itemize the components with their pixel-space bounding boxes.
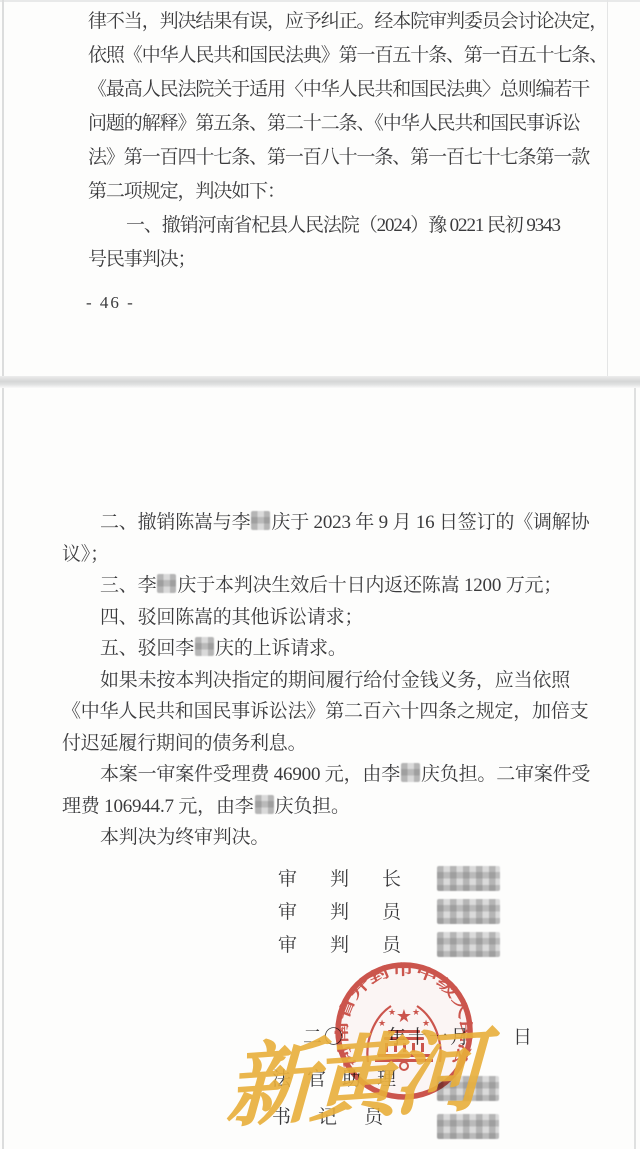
- redacted-name: [437, 932, 500, 957]
- big-star-icon: ★: [396, 1006, 412, 1026]
- gate-column: [412, 1043, 415, 1052]
- text-segment: 庆负担。: [275, 796, 350, 817]
- body-line: 三、李庆于本判决生效后十日内返还陈嵩 1200 万元；: [62, 570, 612, 602]
- page-break-gap: [0, 376, 640, 388]
- body-line: 如果未按本判决指定的期间履行给付金钱义务，应当依照: [62, 665, 612, 697]
- redacted-name: [437, 866, 500, 891]
- page-number: - 46 -: [86, 293, 135, 313]
- signature-role-label: 审判员: [278, 935, 434, 956]
- text-segment: 付迟延履行期间的债务利息。: [62, 733, 306, 754]
- text-segment: 庆于本判决生效后十日内返还陈嵩 1200 万元；: [177, 575, 562, 596]
- text-segment: 本案一审案件受理费 46900 元，由李: [100, 764, 400, 785]
- redacted-character: [255, 795, 274, 814]
- text-segment: 一、撤销河南省杞县人民法院（2024）豫 0221 民初 9343: [126, 215, 560, 236]
- text-segment: 《中华人民共和国民事诉讼法》第二百六十四条之规定，加倍支: [62, 701, 588, 722]
- page-right-edge: [634, 388, 636, 1149]
- redacted-character: [251, 511, 270, 530]
- signature-row: 审判员: [278, 897, 434, 930]
- redacted-character: [401, 763, 420, 782]
- signature-role-label: 审判员: [278, 902, 434, 923]
- body-line: 本案一审案件受理费 46900 元，由李庆负担。二审案件受: [62, 759, 612, 791]
- text-segment: 《最高人民法院关于适用〈中华人民共和国民法典〉总则编若干: [88, 79, 589, 100]
- small-star-icon: ★: [422, 1018, 430, 1028]
- redacted-character: [157, 574, 176, 593]
- body-line: 五、驳回李庆的上诉请求。: [62, 633, 612, 665]
- body-line: 《最高人民法院关于适用〈中华人民共和国民法典〉总则编若干: [88, 73, 612, 107]
- text-segment: 第二项规定，判决如下：: [88, 181, 285, 202]
- court-seal: 河南省开封市中级人民法院 ★ ★ ★ ★ ★: [331, 958, 477, 1104]
- body-line: 二、撤销陈嵩与李庆于 2023 年 9 月 16 日签订的《调解协: [62, 507, 612, 539]
- text-segment: 律不当，判决结果有误，应予纠正。经本院审判委员会讨论决定，: [88, 11, 607, 32]
- text-segment: 依照《中华人民共和国民法典》第一百五十条、第一百五十七条、: [88, 45, 607, 66]
- text-segment: 三、李: [100, 575, 156, 596]
- redacted-name: [437, 899, 500, 924]
- gate-column: [394, 1043, 397, 1052]
- text-segment: 本判决为终审判决。: [100, 827, 269, 848]
- page-2: 二、撤销陈嵩与李庆于 2023 年 9 月 16 日签订的《调解协议》；三、李庆…: [0, 388, 640, 1149]
- text-segment: 庆于 2023 年 9 月 16 日签订的《调解协: [271, 512, 589, 533]
- text-segment: 二、撤销陈嵩与李: [100, 512, 250, 533]
- text-segment: 法》第一百四十七条、第一百八十一条、第一百七十七条第一款: [88, 147, 589, 168]
- gate-column: [385, 1043, 388, 1052]
- text-segment: 庆的上诉请求。: [215, 638, 347, 659]
- text-segment: 庆负担。二审案件受: [421, 764, 590, 785]
- page2-body-text: 二、撤销陈嵩与李庆于 2023 年 9 月 16 日签订的《调解协议》；三、李庆…: [62, 507, 612, 854]
- body-line: 一、撤销河南省杞县人民法院（2024）豫 0221 民初 9343: [88, 209, 612, 243]
- body-line: 律不当，判决结果有误，应予纠正。经本院审判委员会讨论决定，: [88, 5, 612, 39]
- judgment-photo: 律不当，判决结果有误，应予纠正。经本院审判委员会讨论决定，依照《中华人民共和国民…: [0, 0, 640, 1149]
- body-line: 法》第一百四十七条、第一百八十一条、第一百七十七条第一款: [88, 141, 612, 175]
- text-segment: 理费 106944.7 元，由李: [62, 796, 254, 817]
- body-line: 依照《中华人民共和国民法典》第一百五十条、第一百五十七条、: [88, 39, 612, 73]
- body-line: 四、驳回陈嵩的其他诉讼请求；: [62, 602, 612, 634]
- gate-base: [378, 1054, 430, 1057]
- signature-row: 审判长: [278, 864, 434, 897]
- redacted-name: [437, 1114, 499, 1139]
- text-segment: 问题的解释》第五条、第二十二条、《中华人民共和国民事诉讼: [88, 113, 580, 134]
- body-line: 议》；: [62, 539, 612, 571]
- clerk-row: 书记员: [272, 1102, 412, 1140]
- text-segment: 如果未按本判决指定的期间履行给付金钱义务，应当依照: [100, 670, 570, 691]
- page-1: 律不当，判决结果有误，应予纠正。经本院审判委员会讨论决定，依照《中华人民共和国民…: [0, 0, 640, 376]
- body-line: 号民事判决；: [88, 243, 612, 277]
- body-line: 付迟延履行期间的债务利息。: [62, 728, 612, 760]
- text-segment: 议》；: [62, 544, 109, 565]
- redacted-character: [195, 637, 214, 656]
- page-left-edge: [2, 0, 4, 376]
- clerk-role-label: 书记员: [272, 1107, 410, 1128]
- body-line: 《中华人民共和国民事诉讼法》第二百六十四条之规定，加倍支: [62, 696, 612, 728]
- small-star-icon: ★: [378, 1018, 386, 1028]
- text-segment: 号民事判决；: [88, 249, 195, 270]
- text-segment: 四、驳回陈嵩的其他诉讼请求；: [100, 607, 363, 628]
- body-line: 本判决为终审判决。: [62, 822, 612, 854]
- text-segment: 五、驳回李: [100, 638, 194, 659]
- gate-roof: [388, 1030, 420, 1033]
- page-left-edge: [2, 388, 4, 1149]
- body-line: 理费 106944.7 元，由李庆负担。: [62, 791, 612, 823]
- body-line: 问题的解释》第五条、第二十二条、《中华人民共和国民事诉讼: [88, 107, 612, 141]
- gate-column: [403, 1043, 406, 1052]
- gate-roof-lower: [384, 1037, 424, 1040]
- gate-column: [421, 1043, 424, 1052]
- signature-role-label: 审判长: [278, 869, 434, 890]
- body-line: 第二项规定，判决如下：: [88, 175, 612, 209]
- page-top-edge: [0, 0, 640, 2]
- signature-block: 审判长审判员审判员: [278, 864, 434, 963]
- page1-body-text: 律不当，判决结果有误，应予纠正。经本院审判委员会讨论决定，依照《中华人民共和国民…: [88, 5, 612, 277]
